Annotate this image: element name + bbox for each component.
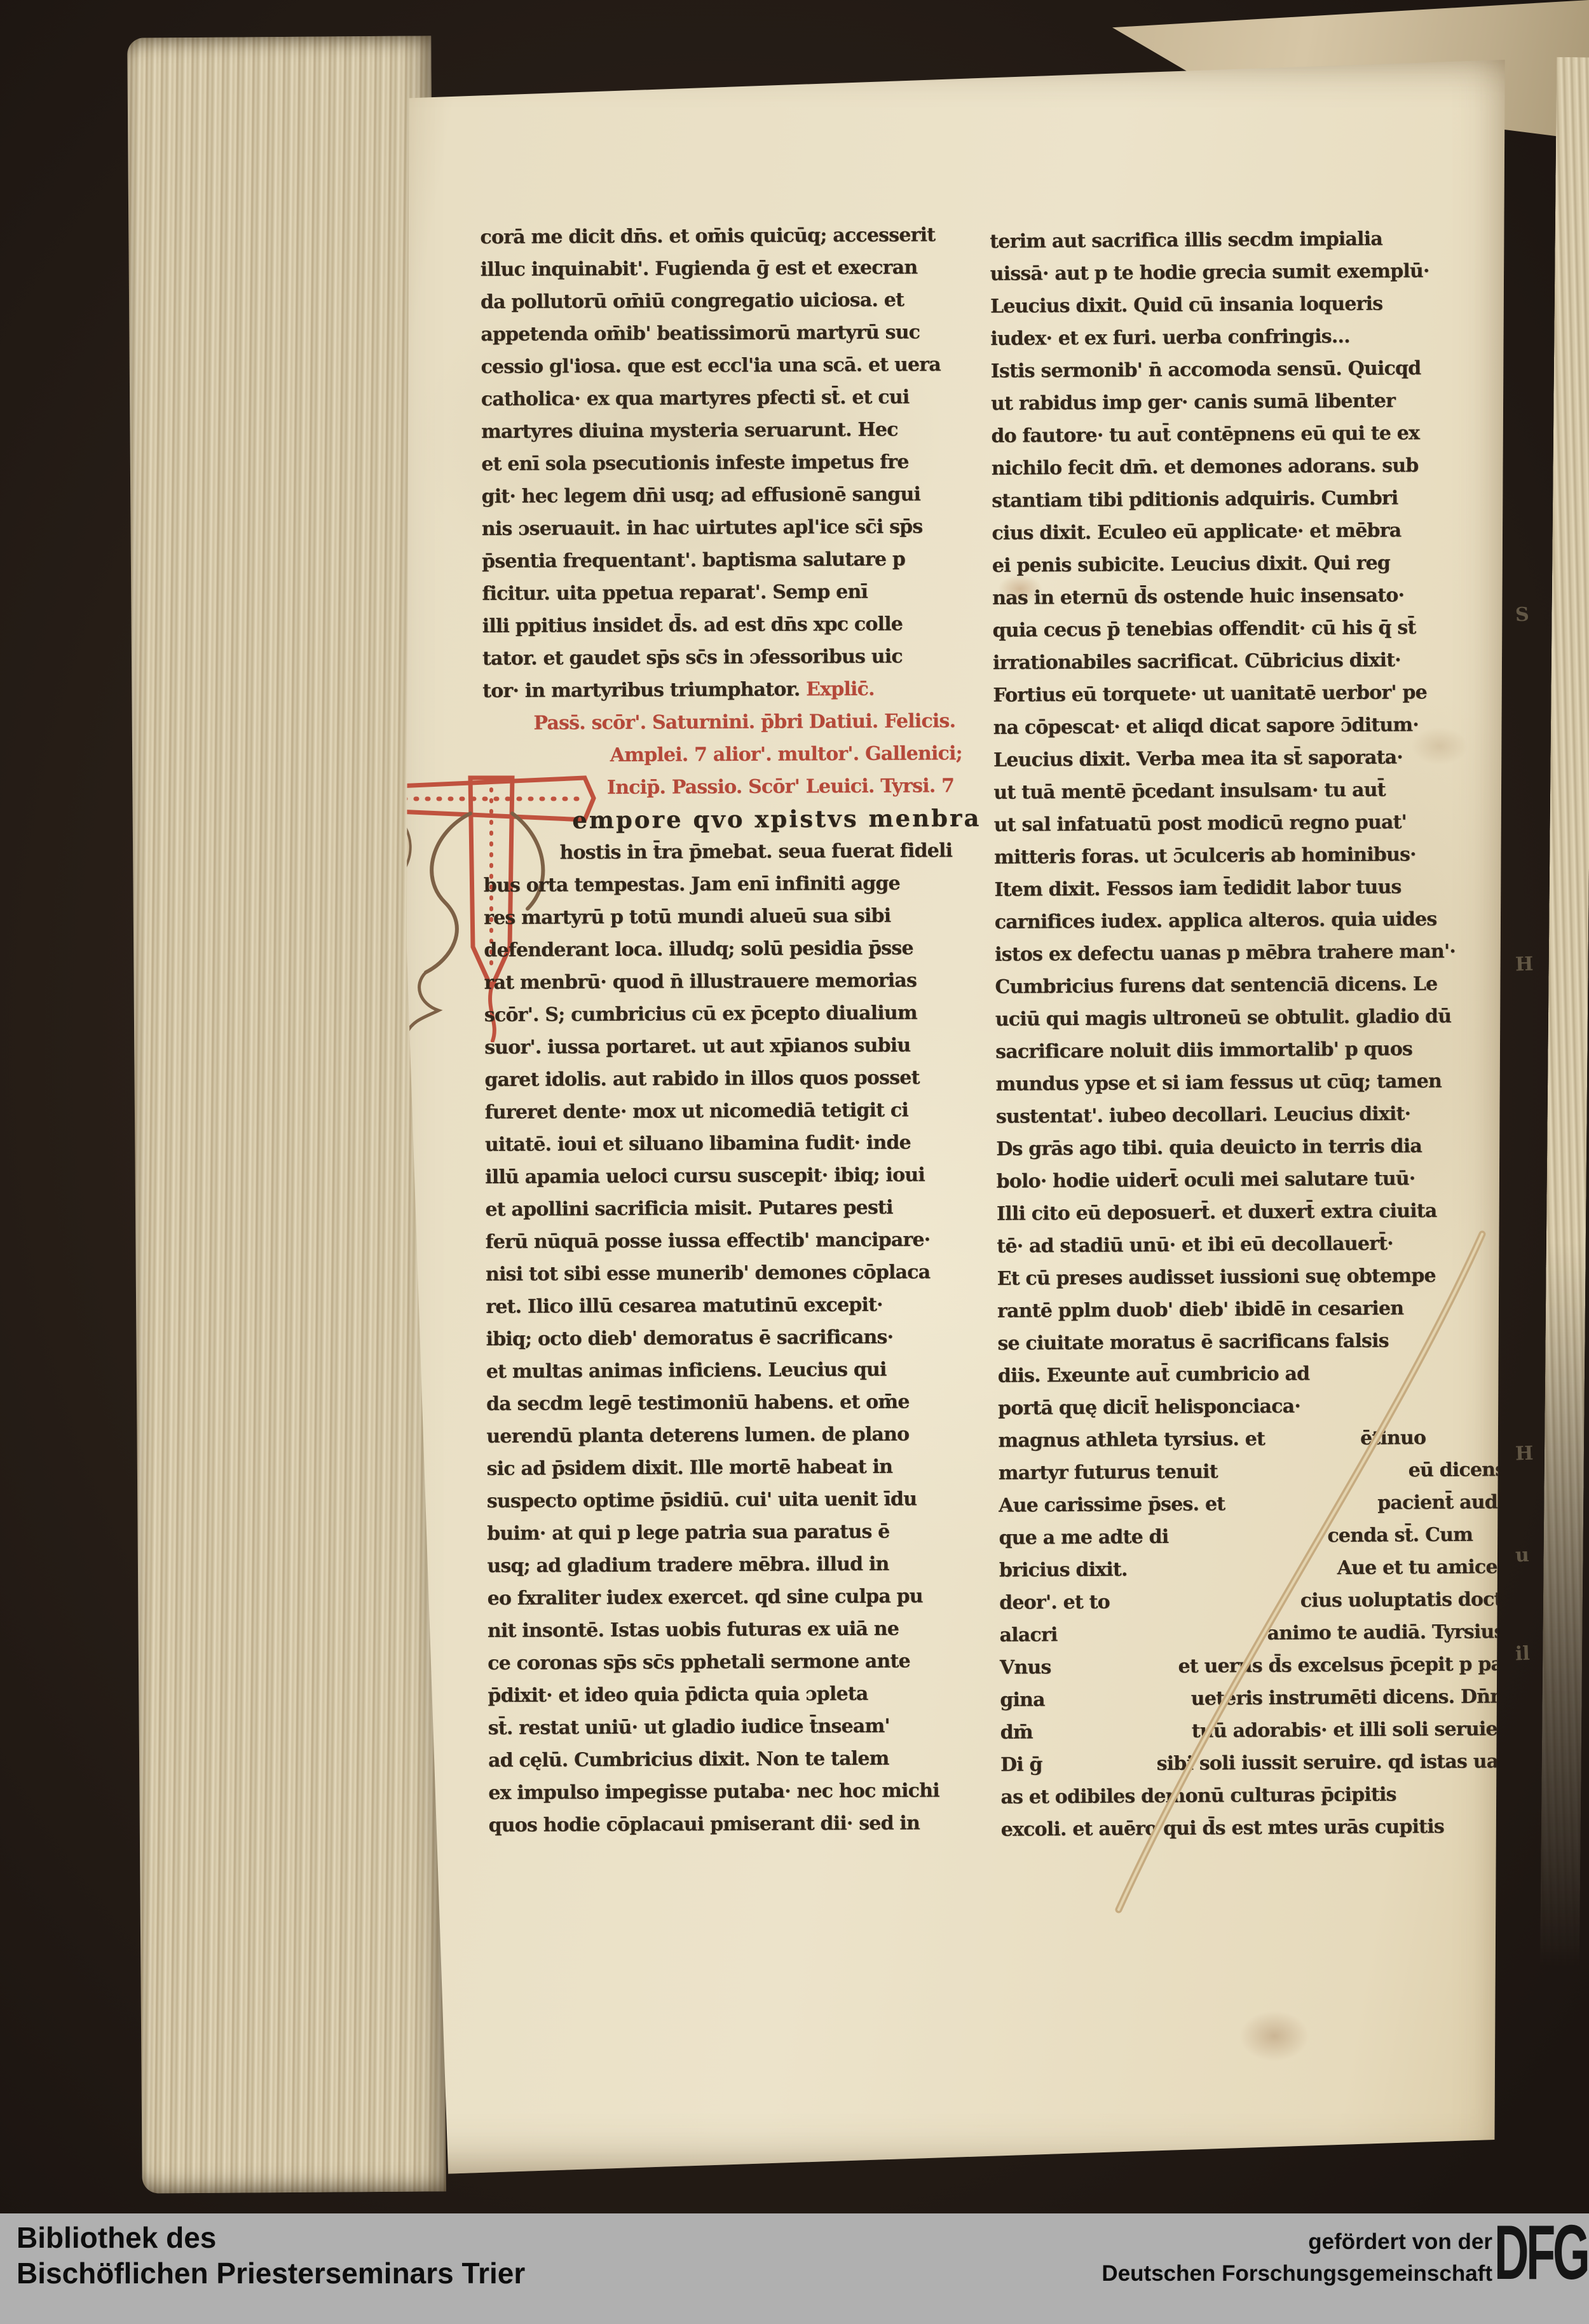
- manuscript-line: portā quę dicit̄ helisponciaca·: [998, 1389, 1513, 1425]
- manuscript-line: martyres diuina mysteria seruarunt. Hec: [481, 413, 977, 448]
- manuscript-line: tē· ad stadiū unū· et ibi eū decollauert…: [997, 1227, 1511, 1263]
- manuscript-line: diis. Exeunte aut̄ cumbricio ad: [998, 1356, 1513, 1392]
- manuscript-line: appetenda om̄ib' beatissimorū martyrū su…: [481, 316, 976, 351]
- manuscript-line: hostis in t̄ra p̄mebat. seua fuerat fide…: [483, 834, 979, 869]
- funding-credit: gefördert von der Deutschen Forschungsge…: [1101, 2226, 1492, 2290]
- manuscript-line: Istis sermonib' n̄ accomoda sensū. Quicq…: [991, 351, 1506, 388]
- manuscript-line: quia cecus p̄ tenebias offendit· cū his …: [992, 611, 1507, 647]
- manuscript-line: Di ḡsibi soli iussit seruire. qd istas u…: [1000, 1745, 1515, 1781]
- manuscript-line: Leucius dixit. Verba mea ita st̄ saporat…: [993, 740, 1508, 777]
- manuscript-line: iudex· et ex furi. uerba confringis...: [990, 319, 1505, 355]
- manuscript-line: ad cęlū. Cumbricius dixit. Non te talem: [488, 1742, 984, 1777]
- footer-banner: Bibliothek des Bischöflichen Priestersem…: [0, 2213, 1589, 2324]
- tear-gap: [1058, 1640, 1267, 1641]
- manuscript-line: empore qvo xpistvs menbra: [483, 802, 979, 837]
- manuscript-line: Ds grās ago tibi. quia deuicto in terris…: [996, 1129, 1511, 1165]
- manuscript-line: mundus ypse et si iam fessus ut cūq; tam…: [995, 1064, 1510, 1101]
- manuscript-line: corā me dicit dn̄s. et om̄is quicūq; acc…: [480, 219, 976, 254]
- manuscript-line: git· hec legem dn̄i usq; ad effusionē sa…: [481, 478, 977, 513]
- manuscript-line: fureret dente· mox ut nicomediā tetigit …: [485, 1094, 981, 1129]
- manuscript-line: uissā· aut p te hodie grecia sumit exemp…: [990, 254, 1504, 290]
- manuscript-line: et enī sola psecutionis infeste impetus …: [481, 445, 977, 480]
- manuscript-line: suor'. iussa portaret. ut aut xp̄ianos s…: [484, 1029, 980, 1064]
- rubric-word: Explic̄.: [806, 678, 875, 701]
- manuscript-line: uciū qui magis ultroneū se obtulit. glad…: [995, 1000, 1510, 1036]
- library-credit-line1: Bibliothek des: [17, 2220, 525, 2255]
- manuscript-line: bolo· hodie uidert̄ oculi mei salutare t…: [996, 1162, 1511, 1198]
- manuscript-line: sacrificare noluit diis immortalib' p qu…: [995, 1032, 1510, 1068]
- manuscript-line: scōr'. S; cumbricius cū ex p̄cepto diual…: [484, 996, 980, 1031]
- manuscript-line: ut rabidus imp ger· canis sumā libenter: [991, 384, 1506, 420]
- tear-gap: [1128, 1574, 1337, 1575]
- manuscript-line: Et cū preses audisset iussioni suę obtem…: [997, 1259, 1512, 1295]
- manuscript-line: dm̄tuū adorabis· et illi soli seruies·: [1000, 1713, 1515, 1749]
- dfg-logo: DFG: [1494, 2211, 1588, 2293]
- manuscript-line: carnifices iudex. applica alteros. quia …: [995, 902, 1510, 939]
- manuscript-line: martyr futurus tenuiteū dicens·: [999, 1453, 1513, 1490]
- manuscript-line: Incip̄. Passio. Scōr' Leuici. Tyrsi. 7: [483, 770, 979, 805]
- manuscript-line: nis ɔseruauit. in hac uirtutes apl'ice s…: [482, 510, 978, 545]
- tear-gap: [1045, 1705, 1191, 1706]
- manuscript-line: tor· in martyribus triumphator. Explic̄.: [482, 672, 978, 707]
- manuscript-line: defenderant loca. illudq; solū pesidia p…: [484, 932, 979, 967]
- manuscript-line: p̄dixit· et ideo quia p̄dicta quia ɔplet…: [488, 1677, 983, 1712]
- manuscript-line: da secdm legē testimoniū habens. et om̄e: [486, 1385, 982, 1420]
- manuscript-line: uerendū planta deterens lumen. de plano: [486, 1418, 982, 1453]
- manuscript-line: illuc inquinabit'. Fugienda ḡ est et exe…: [481, 251, 976, 286]
- tear-gap: [1042, 1770, 1157, 1770]
- manuscript-line: garet idolis. aut rabido in illos quos p…: [484, 1061, 980, 1096]
- show-through-letter: u: [1515, 1544, 1529, 1567]
- manuscript-line: magnus athleta tyrsius. etētinuo: [998, 1421, 1513, 1457]
- manuscript-line: sustentat'. iubeo decollari. Leucius dix…: [996, 1097, 1511, 1133]
- manuscript-line: res martyrū p totū mundi alueū sua sibi: [484, 899, 979, 934]
- manuscript-line: que a me adte dicenda st̄. Cum: [999, 1518, 1513, 1554]
- manuscript-line: nichilo fecit dm̄. et demones adorans. s…: [992, 449, 1506, 485]
- manuscript-line: illi ppitius insidet d̄s. ad est dn̄s xp…: [482, 608, 978, 642]
- manuscript-line: bricius dixit.Aue et tu amice: [999, 1551, 1514, 1587]
- manuscript-line: na cōpescat· et aliqd dicat sapore ɔ̄dit…: [993, 708, 1508, 744]
- manuscript-line: terim aut sacrifica illis secdm impialia: [990, 222, 1504, 258]
- manuscript-line: st̄. restat uniū· ut gladio iudice t̄nse…: [488, 1709, 984, 1744]
- manuscript-line: as et odibiles demonū culturas p̄cipitis: [1000, 1777, 1515, 1814]
- manuscript-line: cius dixit. Eculeo eū applicate· et mēbr…: [992, 513, 1506, 550]
- manuscript-line: ex impulso impegisse putaba· nec hoc mic…: [488, 1774, 984, 1809]
- funding-credit-line2: Deutschen Forschungsgemeinschaft: [1101, 2258, 1492, 2290]
- manuscript-line: quos hodie cōplacaui pmiserant dii· sed …: [488, 1807, 984, 1842]
- manuscript-line: illū apamia ueloci cursu suscepit· ibiq;…: [485, 1159, 981, 1193]
- manuscript-line: ei penis subicite. Leucius dixit. Qui re…: [992, 546, 1507, 582]
- manuscript-line: Vnuset uerus d̄s excelsus p̄cepit p pa: [1000, 1648, 1515, 1684]
- manuscript-line: catholica· ex qua martyres pfecti st̄. e…: [481, 381, 977, 416]
- manuscript-line: ibiq; octo dieb' demoratus ē sacrificans…: [486, 1321, 981, 1356]
- manuscript-line: deor'. et tocius uoluptatis doctor·: [999, 1583, 1514, 1619]
- show-through-letter: S: [1515, 604, 1529, 627]
- manuscript-line: nit insontē. Istas uobis futuras ex uiā …: [488, 1612, 983, 1647]
- manuscript-line: irrationabiles sacrificat. Cūbricius dix…: [993, 643, 1508, 679]
- funding-credit-line1: gefördert von der: [1101, 2226, 1492, 2258]
- manuscript-line: p̄sentia frequentant'. baptisma salutare…: [482, 543, 978, 578]
- manuscript-line: cessio gl'iosa. que est eccl'ia una scā.…: [481, 348, 976, 383]
- manuscript-line: ferū nūquā posse iussa effectib' mancipa…: [486, 1223, 981, 1258]
- tear-gap: [1265, 1444, 1360, 1445]
- manuscript-line: rantē pplm duob' dieb' ibidē in cesarien: [997, 1291, 1512, 1328]
- manuscript-line: et apollini sacrificia misit. Putares pe…: [485, 1191, 981, 1226]
- manuscript-line: ut sal infatuatū post modicū regno puat': [994, 805, 1509, 841]
- manuscript-line: rat menbrū· quod n̄ illustrauere memoria…: [484, 964, 979, 999]
- manuscript-line: et multas animas inficiens. Leucius qui: [486, 1353, 982, 1388]
- tear-gap: [1225, 1509, 1377, 1511]
- manuscript-line: Aue carissime p̄ses. etpacient̄ audi: [999, 1486, 1513, 1522]
- manuscript-line: da pollutorū om̄iū congregatio uiciosa. …: [481, 283, 976, 318]
- manuscript-line: Item dixit. Fessos iam t̄edidit labor tu…: [994, 870, 1509, 906]
- manuscript-line: bus orta tempestas. Jam enī infiniti agg…: [484, 867, 979, 902]
- manuscript-line: nisi tot sibi esse munerib' demones cōpl…: [486, 1256, 981, 1291]
- manuscript-line: ce coronas sp̄s sc̄s pphetali sermone an…: [488, 1645, 983, 1680]
- manuscript-line: excoli. et auēro qui d̄s est mtes urās c…: [1001, 1810, 1516, 1846]
- manuscript-scan: T corā me dicit dn̄s. et om̄is quicūq; a…: [0, 0, 1589, 2324]
- manuscript-line: eo fxraliter iudex exercet. qd sine culp…: [488, 1580, 983, 1615]
- tear-gap: [1110, 1607, 1300, 1608]
- manuscript-line: ut tuā mentē p̄cedant insulsam· tu aut̄: [993, 773, 1508, 809]
- show-through-letter: H: [1515, 1443, 1534, 1465]
- manuscript-line: ginaueteris instrumēti dicens. Dn̄m: [1000, 1680, 1515, 1716]
- manuscript-line: sic ad p̄sidem dixit. Ille mortē habeat …: [486, 1450, 982, 1485]
- show-through-letter: il: [1515, 1643, 1530, 1666]
- text-column-left: corā me dicit dn̄s. et om̄is quicūq; acc…: [480, 219, 984, 1842]
- manuscript-line: do fautore· tu aut̄ contēpnens eū qui te…: [991, 416, 1506, 452]
- library-credit-line2: Bischöflichen Priesterseminars Trier: [17, 2255, 525, 2291]
- parchment-stain: [1239, 2011, 1309, 2062]
- manuscript-line: ficitur. uita ppetua reparat'. Semp enī: [482, 575, 978, 610]
- manuscript-line: Pass̄. scōr'. Saturnini. p̄bri Datiui. F…: [482, 705, 978, 740]
- manuscript-line: uitatē. ioui et siluano libamina fudit· …: [485, 1126, 981, 1161]
- text-column-right: terim aut sacrifica illis secdm impialia…: [990, 222, 1516, 1846]
- manuscript-line: Amplei. 7 alior'. multor'. Gallenici;: [483, 737, 979, 772]
- manuscript-line: nas in eternū d̄s ostende huic insensato…: [992, 578, 1507, 615]
- tear-gap: [1033, 1737, 1192, 1739]
- manuscript-line: usq; ad gladium tradere mēbra. illud in: [487, 1547, 983, 1582]
- manuscript-line: ret. Ilico illū cesarea matutinū excepit…: [486, 1288, 981, 1323]
- manuscript-line: Fortius eū torquete· ut uanitatē uerbor'…: [993, 676, 1508, 712]
- manuscript-line: se ciuitate moratus ē sacrificans falsis: [997, 1324, 1512, 1360]
- book-fore-edge: [1540, 57, 1589, 1970]
- manuscript-line: Leucius dixit. Quid cū insania loqueris: [990, 287, 1505, 323]
- tear-gap: [1051, 1673, 1178, 1673]
- manuscript-line: alacrianimo te audiā. Tyrsius dix̄·: [999, 1615, 1514, 1652]
- manuscript-line: buim· at qui p lege patria sua paratus ē: [487, 1515, 983, 1550]
- manuscript-line: Cumbricius furens dat sentenciā dicens. …: [995, 967, 1510, 1003]
- library-credit: Bibliothek des Bischöflichen Priestersem…: [17, 2220, 525, 2291]
- tear-gap: [1218, 1476, 1408, 1478]
- manuscript-line: suspecto optime p̄sidiū. cui' uita uenit…: [487, 1483, 983, 1518]
- tear-gap: [1168, 1542, 1327, 1543]
- show-through-letter: H: [1515, 953, 1534, 976]
- manuscript-line: stantiam tibi pditionis adquiris. Cumbri: [992, 481, 1506, 517]
- book-page-stack-edge: [127, 36, 446, 2193]
- parchment-page: T corā me dicit dn̄s. et om̄is quicūq; a…: [356, 53, 1510, 2182]
- manuscript-line: mitteris foras. ut ɔ̄culceris ab hominib…: [994, 838, 1509, 874]
- manuscript-line: Illi cito eū deposuert̄. et duxert̄ extr…: [997, 1194, 1511, 1230]
- manuscript-line: tator. et gaudet sp̄s sc̄s in ɔfessoribu…: [482, 640, 978, 675]
- manuscript-line: istos ex defectu uanas p mēbra trahere m…: [995, 935, 1510, 971]
